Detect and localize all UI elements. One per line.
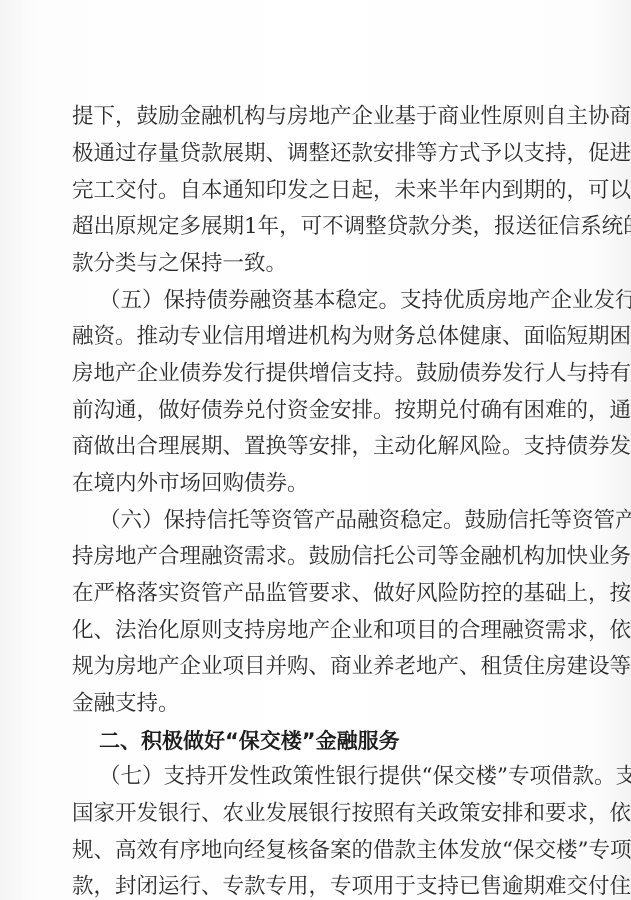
body-line: 极通过存量贷款展期、调整还款安排等方式予以支持，促进项目 <box>72 139 558 169</box>
body-line: 在严格落实资管产品监管要求、做好风险防控的基础上，按市场 <box>72 579 558 609</box>
body-line: 商做出合理展期、置换等安排，主动化解风险。支持债券发行人 <box>72 432 558 462</box>
body-line: 提下，鼓励金融机构与房地产企业基于商业性原则自主协商，积 <box>72 102 558 132</box>
body-line: 款分类与之保持一致。 <box>72 249 558 279</box>
body-line: 在境内外市场回购债券。 <box>72 469 558 499</box>
body-line: 完工交付。自本通知印发之日起，未来半年内到期的，可以允许 <box>72 176 558 206</box>
body-line: 款，封闭运行、专款专用，专项用于支持已售逾期难交付住宅项 <box>72 872 558 900</box>
body-line: 前沟通，做好债券兑付资金安排。按期兑付确有困难的，通过协 <box>72 396 558 426</box>
document-page: 提下，鼓励金融机构与房地产企业基于商业性原则自主协商，积 极通过存量贷款展期、调… <box>0 0 631 900</box>
body-line: 金融支持。 <box>72 689 558 719</box>
body-line: 持房地产合理融资需求。鼓励信托公司等金融机构加快业务转型， <box>72 542 558 572</box>
body-line: 超出原规定多展期1年，可不调整贷款分类，报送征信系统的贷 <box>72 212 558 242</box>
body-line: 化、法治化原则支持房地产企业和项目的合理融资需求，依法合 <box>72 616 558 646</box>
section-five-title-line: （五）保持债券融资基本稳定。支持优质房地产企业发行债券 <box>99 286 558 316</box>
body-line: 规为房地产企业项目并购、商业养老地产、租赁住房建设等提供 <box>72 652 558 682</box>
body-line: 规、高效有序地向经复核备案的借款主体发放“保交楼”专项借 <box>72 836 558 866</box>
body-line: 国家开发银行、农业发展银行按照有关政策安排和要求，依法合 <box>72 799 558 829</box>
section-six-title-line: （六）保持信托等资管产品融资稳定。鼓励信托等资管产品支 <box>99 506 558 536</box>
section-seven-title-line: （七）支持开发性政策性银行提供“保交楼”专项借款。支持 <box>99 762 558 792</box>
section-heading: 二、积极做好“保交楼”金融服务 <box>99 726 400 756</box>
body-line: 融资。推动专业信用增进机构为财务总体健康、面临短期困难的 <box>72 322 558 352</box>
body-line: 房地产企业债券发行提供增信支持。鼓励债券发行人与持有人提 <box>72 359 558 389</box>
